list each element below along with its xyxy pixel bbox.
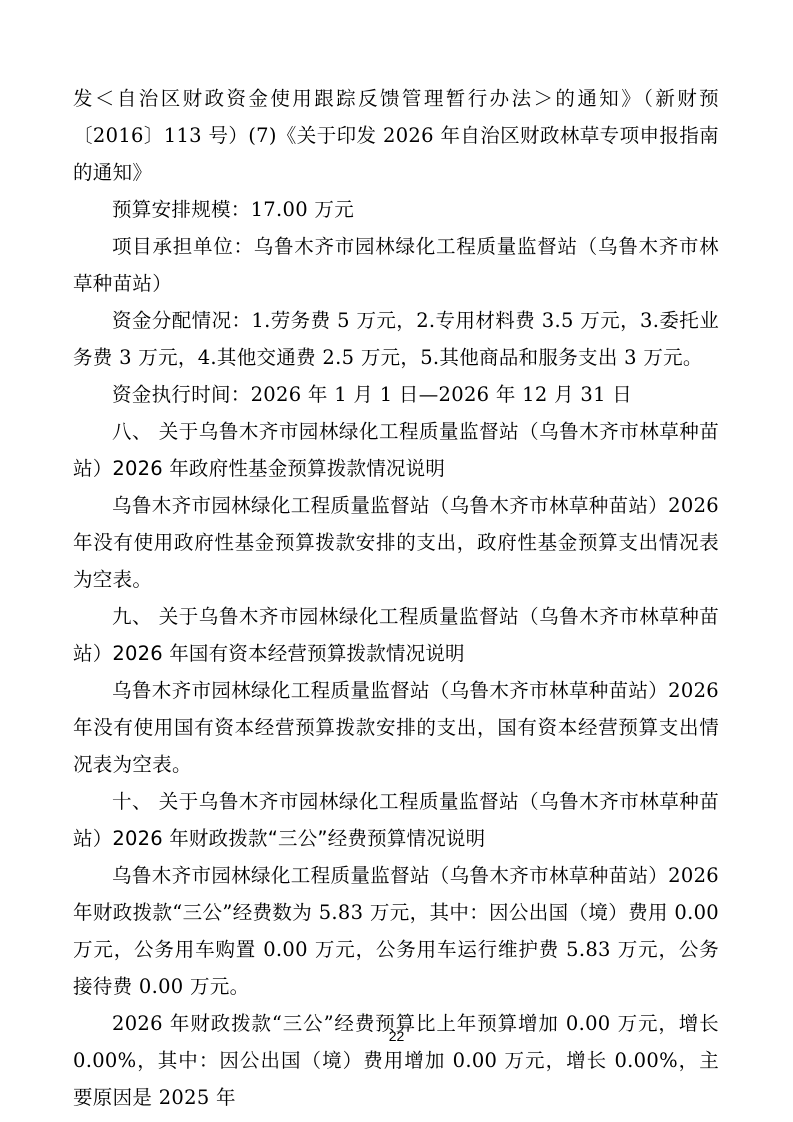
paragraph-project-undertaker: 项目承担单位：乌鲁木齐市园林绿化工程质量监督站（乌鲁木齐市林草种苗站） (73, 228, 719, 302)
paragraph-section-8-body: 乌鲁木齐市园林绿化工程质量监督站（乌鲁木齐市林草种苗站）2026 年没有使用政府… (73, 487, 719, 598)
paragraph-fund-allocation: 资金分配情况：1.劳务费 5 万元，2.专用材料费 3.5 万元，3.委托业务费… (73, 302, 719, 376)
heading-section-9: 九、 关于乌鲁木齐市园林绿化工程质量监督站（乌鲁木齐市林草种苗站）2026 年国… (73, 598, 719, 672)
heading-section-10: 十、 关于乌鲁木齐市园林绿化工程质量监督站（乌鲁木齐市林草种苗站）2026 年财… (73, 783, 719, 857)
page-content: 发＜自治区财政资金使用跟踪反馈管理暂行办法＞的通知》（新财预〔2016〕113 … (73, 80, 719, 1116)
paragraph-fund-execution-period: 资金执行时间：2026 年 1 月 1 日—2026 年 12 月 31 日 (73, 376, 719, 413)
heading-section-8: 八、 关于乌鲁木齐市园林绿化工程质量监督站（乌鲁木齐市林草种苗站）2026 年政… (73, 413, 719, 487)
document-page: 发＜自治区财政资金使用跟踪反馈管理暂行办法＞的通知》（新财预〔2016〕113 … (0, 0, 793, 1122)
paragraph-section-9-body: 乌鲁木齐市园林绿化工程质量监督站（乌鲁木齐市林草种苗站）2026 年没有使用国有… (73, 672, 719, 783)
paragraph-section-10-body-2: 2026 年财政拨款“三公”经费预算比上年预算增加 0.00 万元，增长 0.0… (73, 1005, 719, 1116)
paragraph-section-10-body-1: 乌鲁木齐市园林绿化工程质量监督站（乌鲁木齐市林草种苗站）2026 年财政拨款“三… (73, 857, 719, 1005)
page-number: 22 (0, 1027, 793, 1045)
paragraph-budget-scale: 预算安排规模：17.00 万元 (73, 191, 719, 228)
paragraph-policy-basis-continuation: 发＜自治区财政资金使用跟踪反馈管理暂行办法＞的通知》（新财预〔2016〕113 … (73, 80, 719, 191)
